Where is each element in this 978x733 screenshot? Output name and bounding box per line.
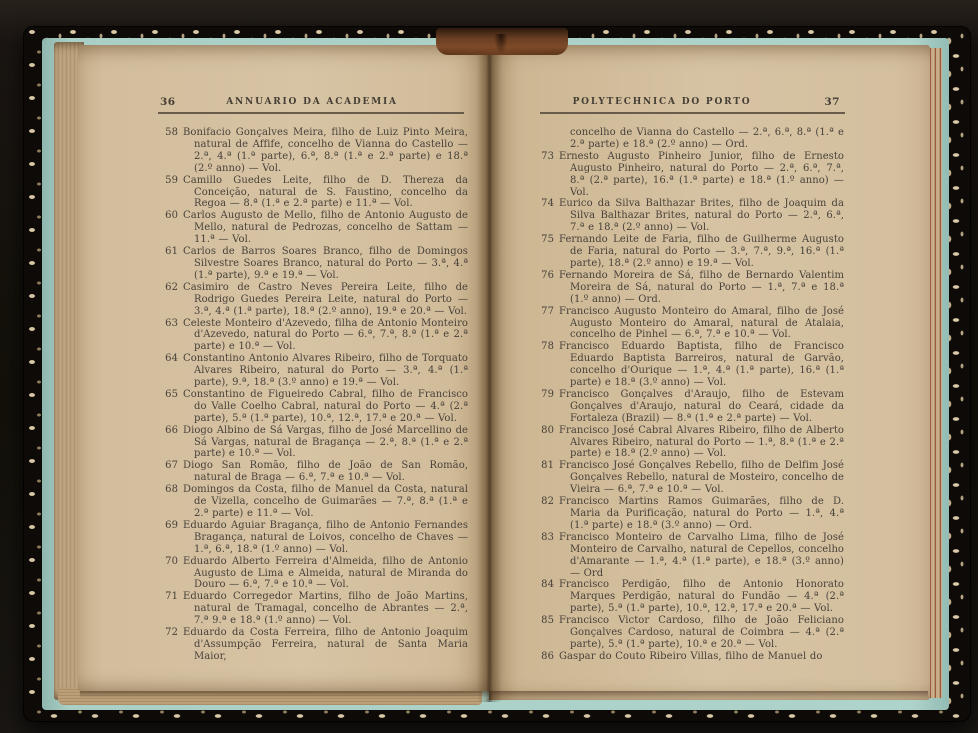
entry-text: Constantino Antonio Alvares Ribeiro, fil… bbox=[183, 353, 468, 389]
entry-number: 62 bbox=[160, 282, 178, 294]
entry-number: 64 bbox=[160, 353, 178, 365]
entry-text: Domingos da Costa, filho de Manuel da Co… bbox=[183, 484, 468, 520]
book-gutter bbox=[477, 44, 502, 702]
entry-number: 74 bbox=[536, 198, 554, 210]
page-number-right: 37 bbox=[824, 96, 840, 108]
entry-text: Francisco Augusto Monteiro do Amaral, fi… bbox=[559, 306, 844, 342]
entry-text: Eduardo da Costa Ferreira, filho de Anto… bbox=[183, 627, 468, 663]
running-head-right: POLYTECHNICA DO PORTO 37 bbox=[540, 96, 844, 110]
entry-text: Fernando Leite de Faria, filho de Guilhe… bbox=[559, 234, 844, 270]
entry-number: 68 bbox=[160, 484, 178, 496]
entry-text: Francisco Monteiro de Carvalho Lima, fil… bbox=[559, 532, 844, 580]
entry-number: 65 bbox=[160, 389, 178, 401]
entry-row: 67Diogo San Romão, filho de João de San … bbox=[160, 460, 468, 484]
entry-text: Francisco Martins Ramos Guimarães, filho… bbox=[559, 496, 844, 532]
entry-number: 67 bbox=[160, 460, 178, 472]
entry-number: 76 bbox=[536, 270, 554, 282]
entry-text: Francisco Eduardo Baptista, filho de Fra… bbox=[559, 341, 844, 389]
entry-number: 79 bbox=[536, 389, 554, 401]
entry-row: 69Eduardo Aguiar Bragança, filho de Anto… bbox=[160, 520, 468, 556]
entry-text: Bonifacio Gonçalves Meira, filho de Luiz… bbox=[183, 127, 468, 175]
entry-row: 65Constantino de Figueiredo Cabral, filh… bbox=[160, 389, 468, 425]
entry-number: 63 bbox=[160, 318, 178, 330]
entry-row: 85Francisco Victor Cardoso, filho de Joã… bbox=[536, 615, 844, 651]
entry-number: 83 bbox=[536, 532, 554, 544]
entry-number: 84 bbox=[536, 579, 554, 591]
entry-text: Eurico da Silva Balthazar Brites, filho … bbox=[559, 198, 844, 234]
entry-row: 86Gaspar do Couto Ribeiro Villas, filho … bbox=[536, 651, 844, 663]
student-list-right: concelho de Vianna do Castello — 2.ª, 6.… bbox=[536, 127, 844, 663]
page-stack-edge-right bbox=[928, 48, 942, 698]
entry-row: 84Francisco Perdigão, filho de Antonio H… bbox=[536, 579, 844, 615]
entry-number: 75 bbox=[536, 234, 554, 246]
entry-text: Celeste Monteiro d'Azevedo, filha de Ant… bbox=[183, 318, 468, 354]
entry-row: 82Francisco Martins Ramos Guimarães, fil… bbox=[536, 496, 844, 532]
entry-row: 76Fernando Moreira de Sá, filho de Berna… bbox=[536, 270, 844, 306]
running-title-right: POLYTECHNICA DO PORTO bbox=[510, 97, 814, 107]
entry-number: 69 bbox=[160, 520, 178, 532]
entry-row: 78Francisco Eduardo Baptista, filho de F… bbox=[536, 341, 844, 389]
entry-number: 82 bbox=[536, 496, 554, 508]
entry-text: Diogo San Romão, filho de João de San Ro… bbox=[183, 460, 468, 484]
entry-row: 62Casimiro de Castro Neves Pereira Leite… bbox=[160, 282, 468, 318]
entry-text: Francisco José Cabral Alvares Ribeiro, f… bbox=[559, 425, 844, 461]
entry-row: 80Francisco José Cabral Alvares Ribeiro,… bbox=[536, 425, 844, 461]
entry-row: 68Domingos da Costa, filho de Manuel da … bbox=[160, 484, 468, 520]
entry-text: Eduardo Corregedor Martins, filho de Joã… bbox=[183, 591, 468, 627]
entry-number: 80 bbox=[536, 425, 554, 437]
entry-text: Eduardo Aguiar Bragança, filho de Antoni… bbox=[183, 520, 468, 556]
entry-text: Francisco Gonçalves d'Araujo, filho de E… bbox=[559, 389, 844, 425]
entry-text: Carlos Augusto de Mello, filho de Antoni… bbox=[183, 210, 468, 246]
entry-text: concelho de Vianna do Castello — 2.ª, 6.… bbox=[559, 127, 844, 151]
scanned-book-photo: { "book": { "left_page": { "page_number"… bbox=[0, 0, 978, 733]
entry-number: 72 bbox=[160, 627, 178, 639]
entry-row: 75Fernando Leite de Faria, filho de Guil… bbox=[536, 234, 844, 270]
entry-number: 70 bbox=[160, 556, 178, 568]
entry-row: 71Eduardo Corregedor Martins, filho de J… bbox=[160, 591, 468, 627]
running-title-left: ANNUARIO DA ACADEMIA bbox=[160, 97, 464, 107]
entry-row: 61Carlos de Barros Soares Branco, filho … bbox=[160, 246, 468, 282]
entry-text: Eduardo Alberto Ferreira d'Almeida, filh… bbox=[183, 556, 468, 592]
entry-text: Diogo Albino de Sá Vargas, filho de José… bbox=[183, 425, 468, 461]
entry-number: 61 bbox=[160, 246, 178, 258]
entry-row: 70Eduardo Alberto Ferreira d'Almeida, fi… bbox=[160, 556, 468, 592]
entry-number: 58 bbox=[160, 127, 178, 139]
page-bottom-shadow bbox=[80, 691, 928, 698]
entry-row: 74Eurico da Silva Balthazar Brites, filh… bbox=[536, 198, 844, 234]
entry-number: 77 bbox=[536, 306, 554, 318]
header-rule-right bbox=[540, 112, 845, 114]
entry-number: 59 bbox=[160, 175, 178, 187]
entry-row: 60Carlos Augusto de Mello, filho de Anto… bbox=[160, 210, 468, 246]
entry-row: 81Francisco José Gonçalves Rebello, filh… bbox=[536, 460, 844, 496]
entry-row: 64Constantino Antonio Alvares Ribeiro, f… bbox=[160, 353, 468, 389]
entry-row: 63Celeste Monteiro d'Azevedo, filha de A… bbox=[160, 318, 468, 354]
entry-text: Fernando Moreira de Sá, filho de Bernard… bbox=[559, 270, 844, 306]
entry-text: Constantino de Figueiredo Cabral, filho … bbox=[183, 389, 468, 425]
entry-number: 71 bbox=[160, 591, 178, 603]
entry-number: 78 bbox=[536, 341, 554, 353]
header-rule-left bbox=[158, 112, 464, 114]
entry-text: Camillo Guedes Leite, filho de D. Therez… bbox=[183, 175, 468, 211]
entry-text: Ernesto Augusto Pinheiro Junior, filho d… bbox=[559, 151, 844, 199]
entry-row: 79Francisco Gonçalves d'Araujo, filho de… bbox=[536, 389, 844, 425]
entry-number: 66 bbox=[160, 425, 178, 437]
entry-text: Francisco Victor Cardoso, filho de João … bbox=[559, 615, 844, 651]
book-spine-top bbox=[436, 28, 568, 55]
entry-number: 60 bbox=[160, 210, 178, 222]
student-list-left: 58Bonifacio Gonçalves Meira, filho de Lu… bbox=[160, 127, 468, 663]
running-head-left: 36 ANNUARIO DA ACADEMIA bbox=[160, 96, 464, 110]
entry-row: concelho de Vianna do Castello — 2.ª, 6.… bbox=[536, 127, 844, 151]
entry-text: Francisco Perdigão, filho de Antonio Hon… bbox=[559, 579, 844, 615]
entry-number: 85 bbox=[536, 615, 554, 627]
entry-text: Carlos de Barros Soares Branco, filho de… bbox=[183, 246, 468, 282]
entry-number: 73 bbox=[536, 151, 554, 163]
entry-row: 66Diogo Albino de Sá Vargas, filho de Jo… bbox=[160, 425, 468, 461]
entry-number: 86 bbox=[536, 651, 554, 663]
entry-row: 77Francisco Augusto Monteiro do Amaral, … bbox=[536, 306, 844, 342]
entry-row: 58Bonifacio Gonçalves Meira, filho de Lu… bbox=[160, 127, 468, 175]
entry-row: 59Camillo Guedes Leite, filho de D. Ther… bbox=[160, 175, 468, 211]
entry-text: Francisco José Gonçalves Rebello, filho … bbox=[559, 460, 844, 496]
entry-text: Casimiro de Castro Neves Pereira Leite, … bbox=[183, 282, 468, 318]
entry-text: Gaspar do Couto Ribeiro Villas, filho de… bbox=[559, 651, 844, 663]
entry-row: 72Eduardo da Costa Ferreira, filho de An… bbox=[160, 627, 468, 663]
entry-number: 81 bbox=[536, 460, 554, 472]
entry-row: 83Francisco Monteiro de Carvalho Lima, f… bbox=[536, 532, 844, 580]
entry-row: 73Ernesto Augusto Pinheiro Junior, filho… bbox=[536, 151, 844, 199]
